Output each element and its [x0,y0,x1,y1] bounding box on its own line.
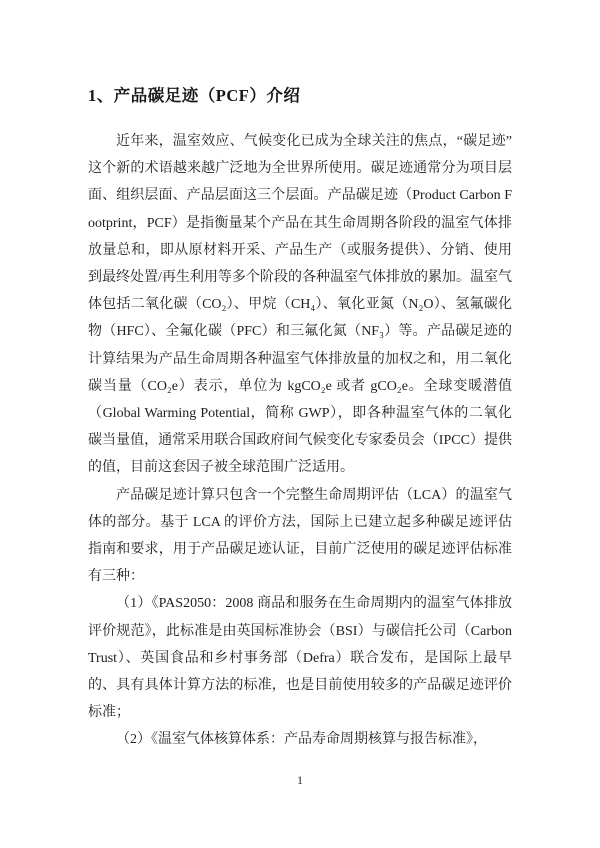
body-paragraph: （1）《PAS2050：2008 商品和服务在生命周期内的温室气体排放评价规范》… [88,590,512,726]
document-content: 1、产品碳足迹（PCF）介绍 近年来，温室效应、气候变化已成为全球关注的焦点，“… [88,84,512,754]
section-heading: 1、产品碳足迹（PCF）介绍 [88,84,512,108]
document-body: 近年来，温室效应、气候变化已成为全球关注的焦点，“碳足迹”这个新的术语越来越广泛… [88,128,512,754]
page-number: 1 [0,772,600,788]
body-paragraph: 产品碳足迹计算只包含一个完整生命周期评估（LCA）的温室气体的部分。基于 LCA… [88,482,512,591]
document-page: 1、产品碳足迹（PCF）介绍 近年来，温室效应、气候变化已成为全球关注的焦点，“… [0,0,600,848]
body-paragraph: （2）《温室气体核算体系：产品寿命周期核算与报告标准》， [88,726,512,753]
body-paragraph: 近年来，温室效应、气候变化已成为全球关注的焦点，“碳足迹”这个新的术语越来越广泛… [88,128,512,482]
